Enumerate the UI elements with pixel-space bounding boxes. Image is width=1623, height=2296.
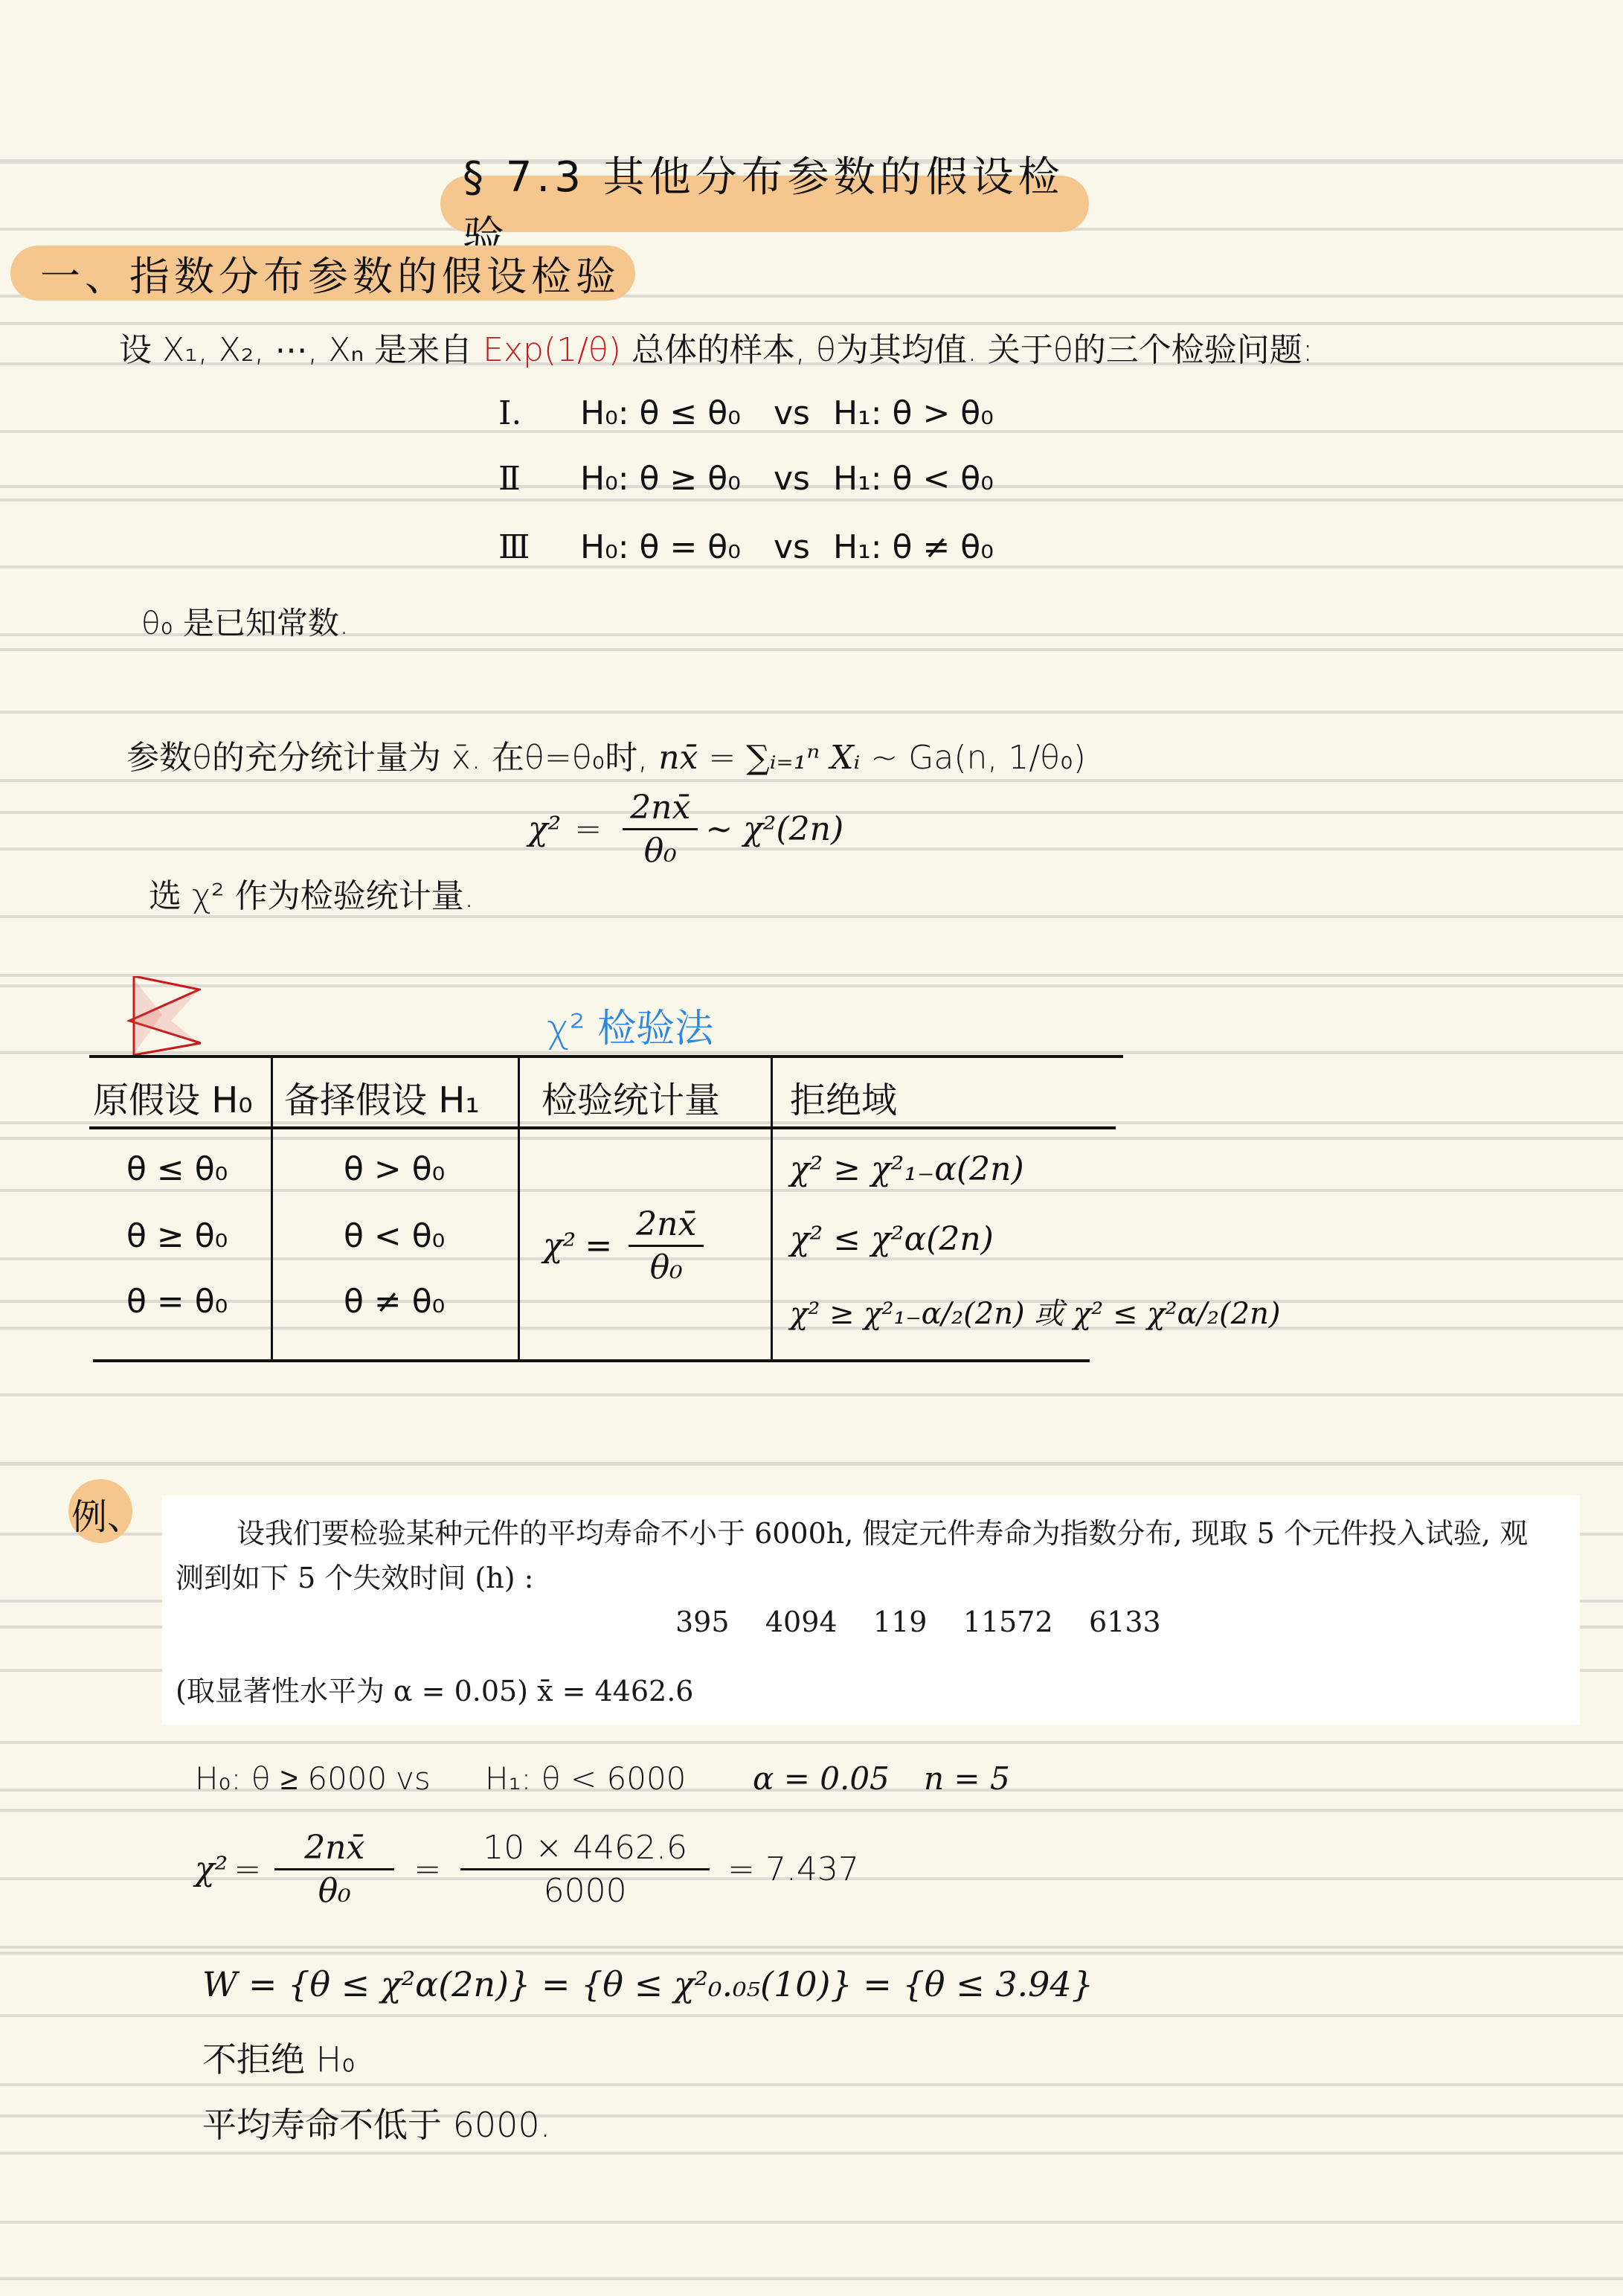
chi-square-result: 7.437: [765, 1850, 859, 1888]
example-problem-box: 设我们要检验某种元件的平均寿命不小于 6000h, 假定元件寿命为指数分布, 现…: [162, 1495, 1580, 1725]
equals-sign: =: [727, 1850, 755, 1888]
significance-level: α = 0.05: [753, 1760, 924, 1797]
fraction: 2nx̄ θ₀: [623, 789, 698, 870]
example-line-1: 设我们要检验某种元件的平均寿命不小于 6000h, 假定元件寿命为指数分布, 现…: [237, 1510, 1528, 1551]
chi-square-symbol: χ²: [195, 1850, 228, 1888]
data-value: 6133: [1089, 1606, 1161, 1638]
table-top-rule: [89, 1055, 1123, 1058]
table-row-2-alternative: θ < θ₀: [344, 1217, 445, 1255]
table-row-3-rejection: χ² ≥ χ²₁₋α/₂(2n) 或 χ² ≤ χ²α/₂(2n): [790, 1290, 1280, 1333]
equals-sign: =: [708, 739, 736, 777]
choose-statistic-note: 选 χ² 作为检验统计量.: [149, 869, 475, 917]
table-column-divider: [271, 1056, 273, 1362]
table-header-rule: [89, 1126, 1116, 1129]
versus-label: vs: [774, 394, 833, 432]
fraction: 2nx̄ θ₀: [274, 1829, 394, 1910]
fraction-denominator: 6000: [544, 1870, 627, 1910]
fraction: 2nx̄ θ₀: [629, 1205, 704, 1286]
n-xbar: nx̄: [658, 739, 698, 777]
hypothesis-row-1: Ⅰ. H₀: θ ≤ θ₀ vs H₁: θ > θ₀: [498, 394, 994, 432]
data-value: 4094: [765, 1606, 838, 1638]
alternative-hypothesis: H₁: θ > θ₀: [833, 394, 994, 432]
equals-sign: =: [234, 1850, 261, 1888]
method-title: χ² 检验法: [547, 997, 713, 1053]
hypothesis-number: Ⅰ.: [498, 394, 580, 432]
chi-square-statistic: χ² = 2nx̄ θ₀ ~ χ²(2n): [528, 789, 843, 870]
null-hypothesis: H₀: θ ≥ 6000: [195, 1760, 396, 1797]
hypothesis-row-3: Ⅲ H₀: θ = θ₀ vs H₁: θ ≠ θ₀: [498, 528, 994, 566]
alternative-hypothesis: H₁: θ < θ₀: [833, 460, 994, 498]
equals-sign: =: [585, 1227, 612, 1265]
fraction-numerator: 2nx̄: [623, 789, 698, 830]
solution-calculation: χ² = 2nx̄ θ₀ = 10 × 4462.6 6000 = 7.437: [195, 1829, 859, 1910]
intro-suffix: 总体的样本, θ为其均值. 关于θ的三个检验问题:: [631, 331, 1314, 369]
page-title-highlight: § 7.3 其他分布参数的假设检验: [440, 176, 1089, 232]
example-data-values: 395 4094 119 11572 6133: [675, 1606, 1161, 1638]
table-row-1-rejection: χ² ≥ χ²₁₋α(2n): [790, 1150, 1024, 1188]
sufficient-statistic-text: 参数θ的充分统计量为 x̄. 在θ=θ₀时,: [126, 739, 648, 777]
chi-square-symbol: χ²: [543, 1227, 576, 1265]
alternative-hypothesis: H₁: θ ≠ θ₀: [833, 528, 994, 566]
table-column-divider: [771, 1056, 773, 1362]
hypothesis-number: Ⅲ: [498, 528, 580, 566]
example-line-3: (取显著性水平为 α = 0.05) x̄ = 4462.6: [176, 1668, 693, 1709]
intro-distribution: Exp(1/θ): [483, 331, 621, 369]
conclusion: 平均寿命不低于 6000.: [202, 2098, 550, 2147]
table-row-1-alternative: θ > θ₀: [344, 1150, 445, 1188]
versus-label: vs: [774, 460, 833, 498]
known-constant-note: θ₀ 是已知常数.: [141, 599, 349, 644]
decision: 不拒绝 H₀: [202, 2033, 356, 2082]
data-value: 395: [675, 1606, 730, 1638]
equals-sign: =: [414, 1850, 441, 1888]
table-row-2-null: θ ≥ θ₀: [126, 1217, 228, 1255]
equals-sign: =: [574, 810, 602, 848]
table-statistic-formula: χ² = 2nx̄ θ₀: [543, 1205, 711, 1286]
null-hypothesis: H₀: θ = θ₀: [580, 528, 774, 566]
versus-label: vs: [396, 1760, 485, 1797]
data-value: 119: [873, 1606, 928, 1638]
table-header-statistic: 检验统计量: [541, 1071, 720, 1123]
example-line-2: 测到如下 5 个失效时间 (h) :: [176, 1555, 533, 1596]
table-column-divider: [518, 1056, 520, 1362]
fraction-numerator: 10 × 4462.6: [460, 1829, 710, 1870]
table-row-3-alternative: θ ≠ θ₀: [344, 1283, 445, 1321]
section-heading: 一、指数分布参数的假设检验: [40, 245, 620, 302]
hypothesis-number: Ⅱ: [498, 460, 580, 498]
data-value: 11572: [963, 1606, 1053, 1638]
intro-line: 设 X₁, X₂, ⋯, Xₙ 是来自 Exp(1/θ) 总体的样本, θ为其均…: [119, 323, 1314, 371]
star-icon: [119, 976, 201, 1058]
gamma-distribution: ~ Ga(n, 1/θ₀): [870, 739, 1085, 777]
fraction-denominator: θ₀: [644, 830, 677, 870]
rejection-region: W = {θ ≤ χ²α(2n)} = {θ ≤ χ²₀.₀₅(10)} = {…: [202, 1964, 1093, 2004]
versus-label: vs: [774, 528, 833, 566]
table-header-alternative: 备择假设 H₁: [284, 1071, 480, 1123]
table-row-1-null: θ ≤ θ₀: [126, 1150, 228, 1188]
sufficient-statistic-line: 参数θ的充分统计量为 x̄. 在θ=θ₀时, nx̄ = ∑ᵢ₌₁ⁿ Xᵢ ~ …: [126, 731, 1086, 778]
fraction-denominator: θ₀: [650, 1247, 683, 1286]
table-header-rejection-region: 拒绝域: [790, 1071, 897, 1123]
table-header-null: 原假设 H₀: [93, 1071, 253, 1123]
hypothesis-row-2: Ⅱ H₀: θ ≥ θ₀ vs H₁: θ < θ₀: [498, 460, 994, 498]
table-row-2-rejection: χ² ≤ χ²α(2n): [790, 1220, 994, 1258]
null-hypothesis: H₀: θ ≥ θ₀: [580, 460, 774, 498]
fraction-numerator: 2nx̄: [274, 1829, 394, 1870]
intro-prefix: 设 X₁, X₂, ⋯, Xₙ 是来自: [119, 331, 472, 369]
sample-size: n = 5: [924, 1760, 1010, 1797]
table-bottom-rule: [93, 1359, 1090, 1362]
chi-square-distribution: ~ χ²(2n): [705, 810, 843, 848]
sum-expression: ∑ᵢ₌₁ⁿ Xᵢ: [746, 739, 860, 777]
fraction: 10 × 4462.6 6000: [460, 1829, 710, 1910]
table-row-3-null: θ = θ₀: [126, 1283, 228, 1321]
alternative-hypothesis: H₁: θ < 6000: [485, 1760, 753, 1797]
chi-square-symbol: χ²: [528, 810, 561, 848]
fraction-denominator: θ₀: [318, 1870, 351, 1910]
section-heading-highlight: 一、指数分布参数的假设检验: [10, 246, 635, 301]
solution-hypotheses: H₀: θ ≥ 6000 vs H₁: θ < 6000 α = 0.05 n …: [195, 1760, 1010, 1797]
null-hypothesis: H₀: θ ≤ θ₀: [580, 394, 774, 432]
fraction-numerator: 2nx̄: [629, 1205, 704, 1247]
example-label: 例、: [71, 1488, 143, 1539]
